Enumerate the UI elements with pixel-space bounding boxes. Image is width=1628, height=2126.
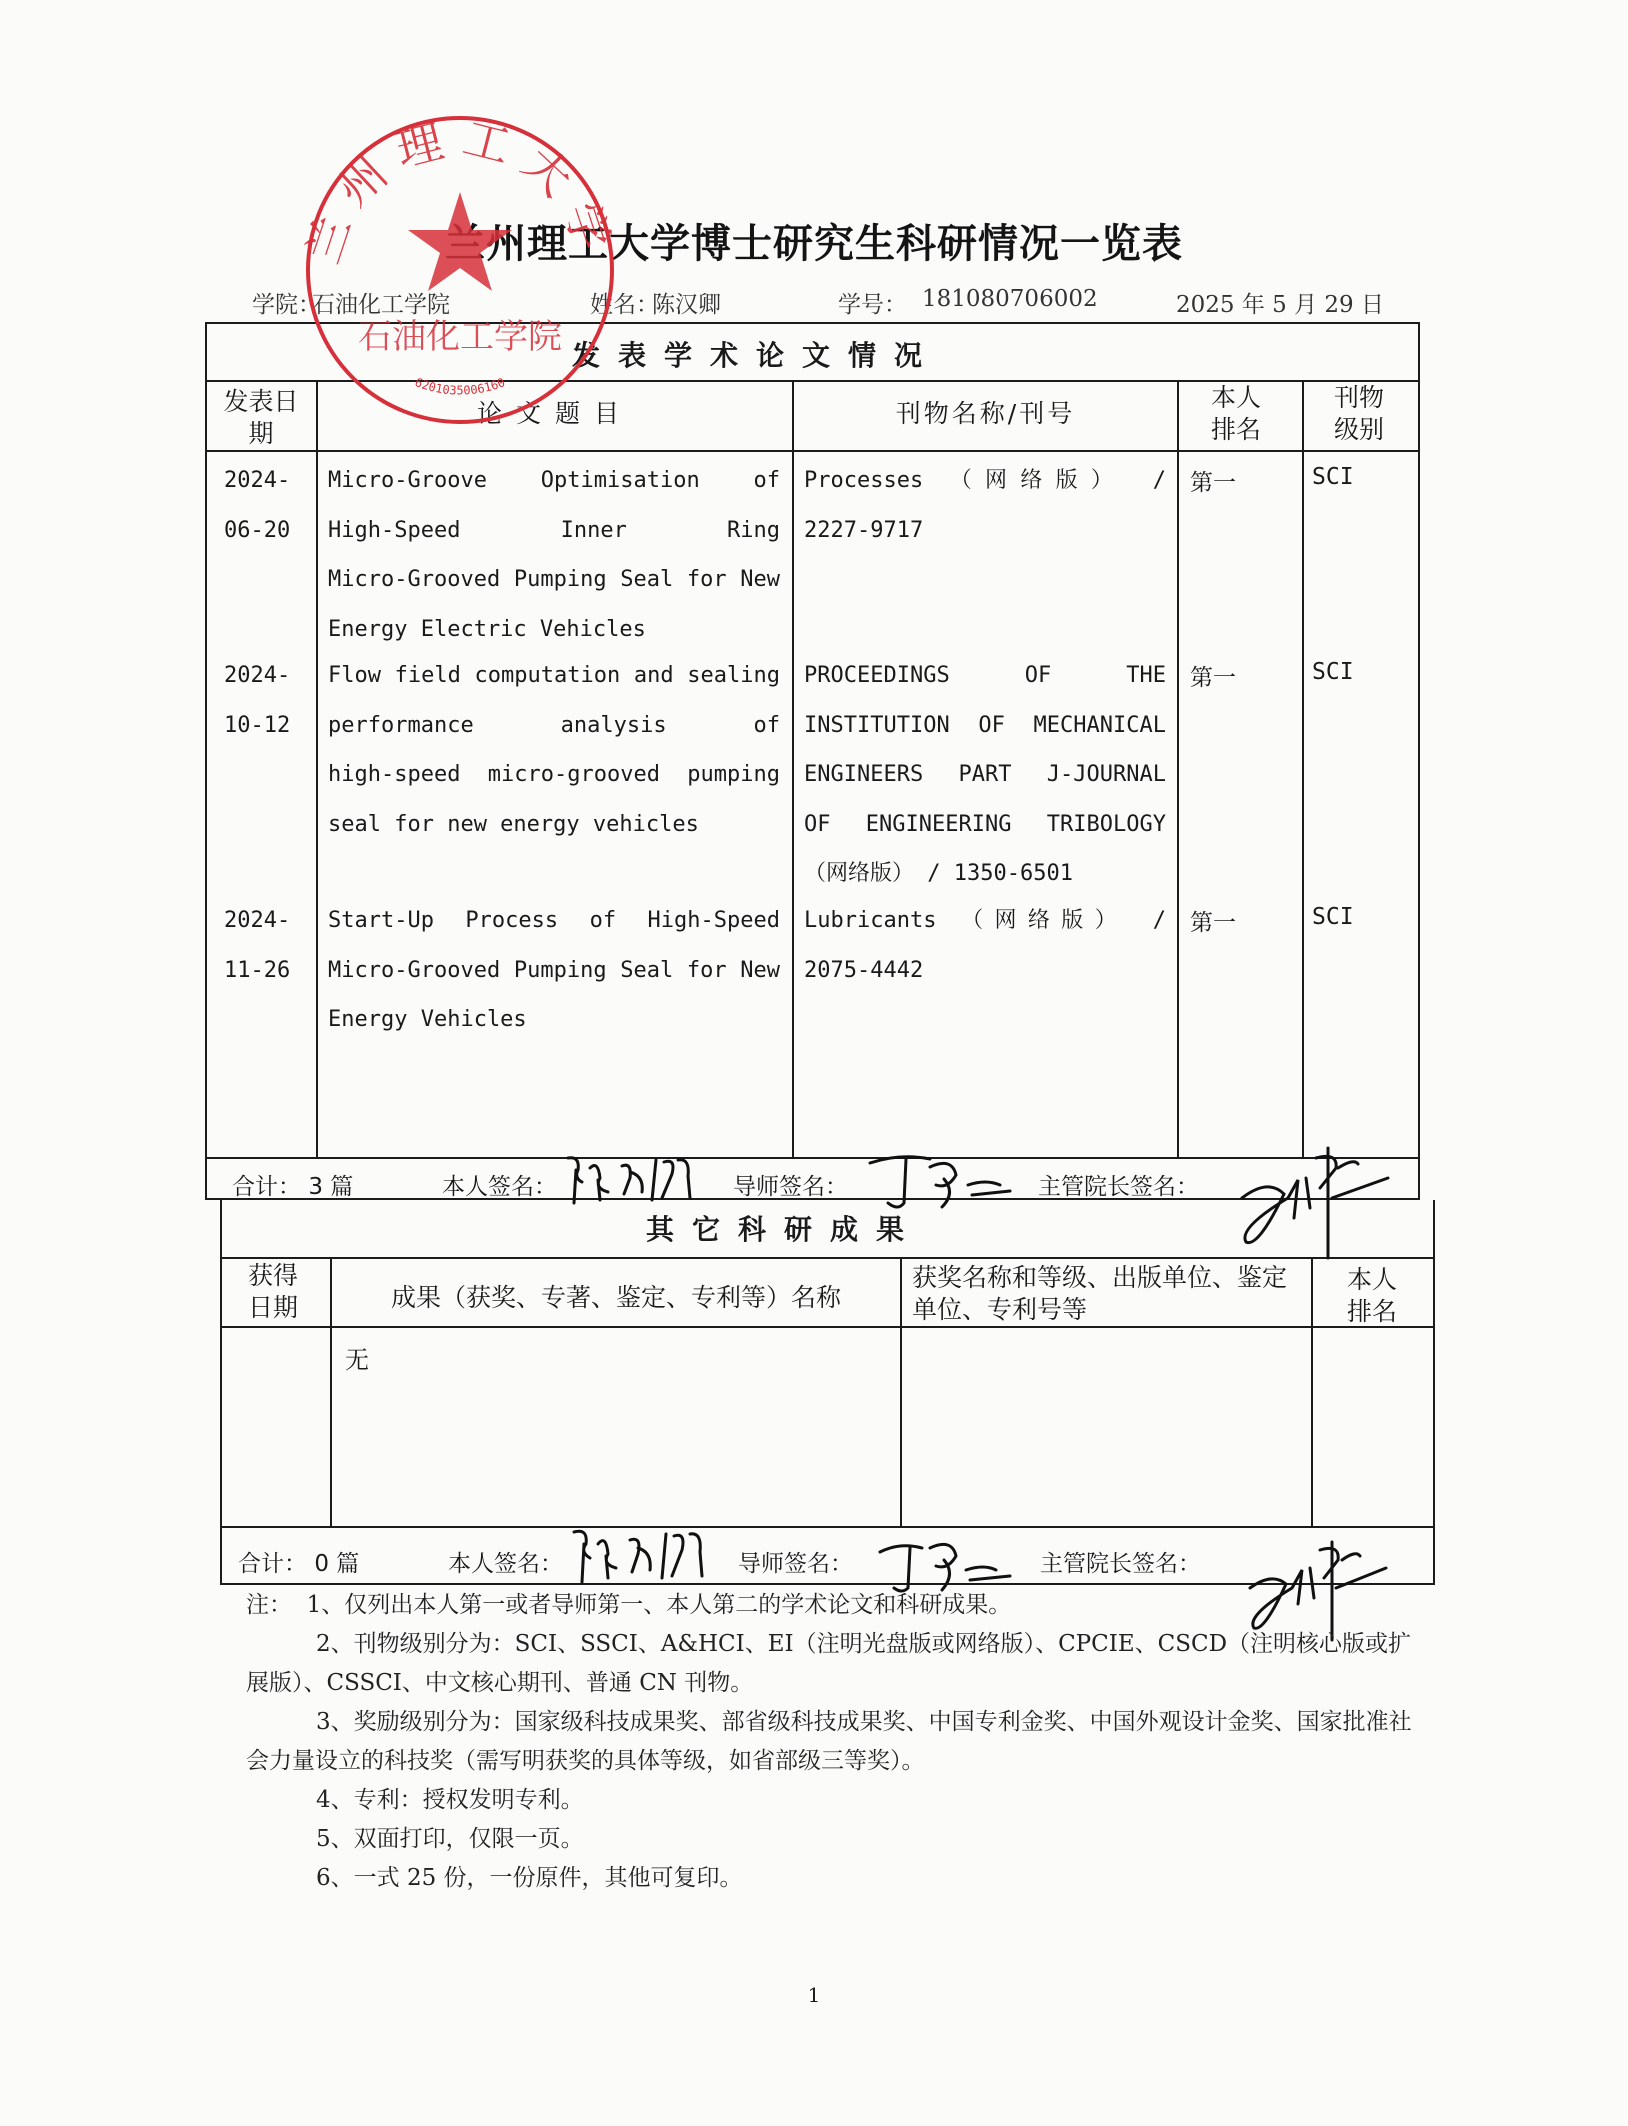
paper-title: Micro-Groove Optimisation ofHigh-Speed I… xyxy=(328,456,780,654)
other-col-header-name: 成果（获奖、专著、鉴定、专利等）名称 xyxy=(332,1282,900,1314)
note-6: 6、一式 25 份，一份原件，其他可复印。 xyxy=(246,1859,1416,1898)
col-header-rank: 本人排名 xyxy=(1204,382,1268,446)
paper-level: SCI xyxy=(1312,659,1354,685)
paper-rank: 第一 xyxy=(1190,904,1236,937)
note-3: 3、奖励级别分为：国家级科技成果奖、部省级科技成果奖、中国专利金奖、中国外观设计… xyxy=(246,1703,1416,1781)
college-value: 石油化工学院 xyxy=(312,286,450,319)
paper-level: SCI xyxy=(1312,464,1354,490)
paper-title: Flow field computation and sealingperfor… xyxy=(328,651,780,849)
dean-signature-1 xyxy=(1228,1128,1408,1268)
paper-journal: Lubricants （网络版） /2075-4442 xyxy=(804,896,1166,995)
papers-section-title: 发表学术论文情况 xyxy=(572,334,940,374)
other-row-name: 无 xyxy=(345,1340,369,1375)
paper-rank: 第一 xyxy=(1190,659,1236,692)
note-5: 5、双面打印，仅限一页。 xyxy=(246,1820,1416,1859)
col-header-journal: 刊物名称/刊号 xyxy=(794,398,1177,430)
self-signature-1 xyxy=(560,1148,720,1208)
name-label: 姓名： xyxy=(590,286,659,319)
notes: 注： 1、仅列出本人第一或者导师第一、本人第二的学术论文和科研成果。 2、刊物级… xyxy=(246,1586,1416,1898)
page-number: 1 xyxy=(0,1983,1628,2007)
other-col-header-date: 获得日期 xyxy=(240,1260,306,1324)
page-title: 兰州理工大学博士研究生科研情况一览表 xyxy=(0,212,1628,269)
note-1: 注： 1、仅列出本人第一或者导师第一、本人第二的学术论文和科研成果。 xyxy=(246,1586,1416,1625)
paper-date: 2024-10-12 xyxy=(224,651,304,750)
paper-journal: Processes （网络版） /2227-9717 xyxy=(804,456,1166,555)
other-dean-sign-label: 主管院长签名： xyxy=(1040,1545,1201,1578)
college-label: 学院： xyxy=(252,286,321,319)
papers-total: 合计： 3 篇 xyxy=(232,1168,353,1201)
other-self-sign-label: 本人签名： xyxy=(448,1545,563,1578)
paper-journal: PROCEEDINGS OF THEINSTITUTION OF MECHANI… xyxy=(804,651,1166,899)
student-id-label: 学号： xyxy=(838,286,907,319)
note-4: 4、专利：授权发明专利。 xyxy=(246,1781,1416,1820)
col-header-title: 论文题目 xyxy=(318,398,792,430)
paper-date: 2024-06-20 xyxy=(224,456,304,555)
other-advisor-sign-label: 导师签名： xyxy=(738,1545,853,1578)
papers-advisor-sign-label: 导师签名： xyxy=(733,1168,848,1201)
self-signature-2 xyxy=(566,1520,736,1590)
paper-level: SCI xyxy=(1312,904,1354,930)
advisor-signature-1 xyxy=(860,1145,1040,1215)
paper-date: 2024-11-26 xyxy=(224,896,304,995)
name-value: 陈汉卿 xyxy=(652,286,721,319)
paper-rank: 第一 xyxy=(1190,464,1236,497)
col-header-date: 发表日期 xyxy=(220,386,302,450)
student-id-value: 181080706002 xyxy=(922,286,1098,312)
papers-dean-sign-label: 主管院长签名： xyxy=(1038,1168,1199,1201)
other-col-header-detail: 获奖名称和等级、出版单位、鉴定单位、专利号等 xyxy=(912,1262,1302,1326)
other-col-header-rank: 本人排名 xyxy=(1340,1264,1404,1328)
other-total: 合计： 0 篇 xyxy=(238,1545,359,1578)
form-date: 2025 年 5 月 29 日 xyxy=(1176,286,1384,319)
note-2: 2、刊物级别分为：SCI、SSCI、A&HCI、EI（注明光盘版或网络版）、CP… xyxy=(246,1625,1416,1703)
paper-title: Start-Up Process of High-SpeedMicro-Groo… xyxy=(328,896,780,1045)
col-header-level: 刊物级别 xyxy=(1327,382,1391,446)
papers-self-sign-label: 本人签名： xyxy=(442,1168,557,1201)
